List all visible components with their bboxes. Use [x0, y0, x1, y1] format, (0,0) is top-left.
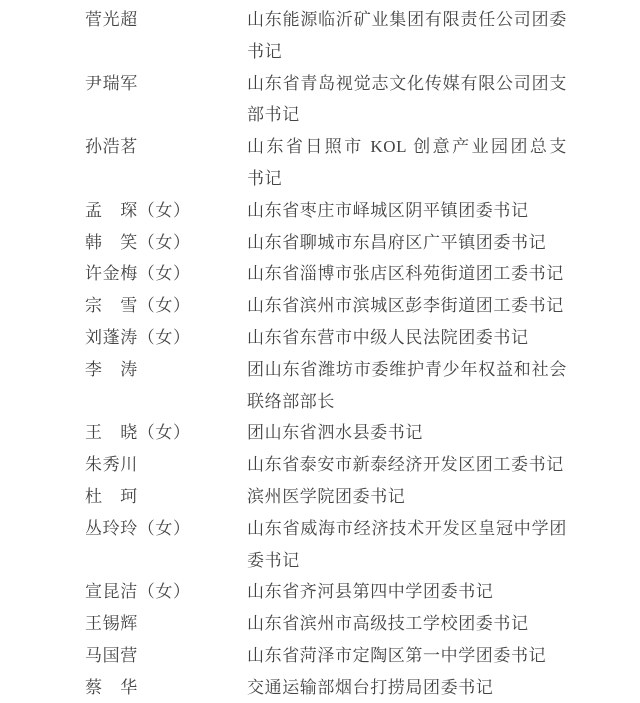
- person-title-line: 山东省青岛视觉志文化传媒有限公司团支: [247, 68, 567, 100]
- person-name: 朱秀川: [85, 449, 247, 481]
- person-title-line: 山东能源临沂矿业集团有限责任公司团委: [247, 4, 567, 36]
- roster-row: 王锡辉 山东省滨州市高级技工学校团委书记: [85, 608, 567, 640]
- person-name: 刘蓬涛（女）: [85, 322, 247, 354]
- roster-row: 许金梅（女） 山东省淄博市张店区科苑街道团工委书记: [85, 258, 567, 290]
- document-page: 菅光超 山东能源临沂矿业集团有限责任公司团委书记 尹瑞军 山东省青岛视觉志文化传…: [0, 0, 640, 703]
- person-title: 山东省威海市经济技术开发区皇冠中学团委书记: [247, 513, 567, 577]
- person-name: 宗 雪（女）: [85, 290, 247, 322]
- person-title-line: 山东省菏泽市定陶区第一中学团委书记: [247, 640, 567, 672]
- person-name: 宣昆洁（女）: [85, 576, 247, 608]
- roster-row: 宗 雪（女） 山东省滨州市滨城区彭李街道团工委书记: [85, 290, 567, 322]
- person-title-line: 山东省东营市中级人民法院团委书记: [247, 322, 567, 354]
- roster-row: 孟 琛（女） 山东省枣庄市峄城区阴平镇团委书记: [85, 195, 567, 227]
- person-title-line: 团山东省泗水县委书记: [247, 417, 567, 449]
- person-title-line: 部书记: [247, 99, 567, 131]
- person-title: 山东省泰安市新泰经济开发区团工委书记: [247, 449, 567, 481]
- person-title: 山东省青岛视觉志文化传媒有限公司团支部书记: [247, 68, 567, 132]
- person-title-line: 山东省威海市经济技术开发区皇冠中学团: [247, 513, 567, 545]
- person-name: 王 晓（女）: [85, 417, 247, 449]
- person-name: 蔡 华: [85, 672, 247, 703]
- person-name: 王锡辉: [85, 608, 247, 640]
- roster-row: 尹瑞军 山东省青岛视觉志文化传媒有限公司团支部书记: [85, 68, 567, 132]
- person-title-line: 团山东省潍坊市委维护青少年权益和社会: [247, 354, 567, 386]
- person-title: 山东省菏泽市定陶区第一中学团委书记: [247, 640, 567, 672]
- person-name: 韩 笑（女）: [85, 227, 247, 259]
- person-title-line: 书记: [247, 36, 567, 68]
- person-name: 李 涛: [85, 354, 247, 386]
- person-title: 团山东省潍坊市委维护青少年权益和社会联络部部长: [247, 354, 567, 418]
- person-name: 丛玲玲（女）: [85, 513, 247, 545]
- person-title: 山东省东营市中级人民法院团委书记: [247, 322, 567, 354]
- person-title-line: 山东省聊城市东昌府区广平镇团委书记: [247, 227, 567, 259]
- person-title: 山东省日照市 KOL 创意产业园团总支书记: [247, 131, 567, 195]
- person-name: 尹瑞军: [85, 68, 247, 100]
- roster-row: 王 晓（女） 团山东省泗水县委书记: [85, 417, 567, 449]
- roster-row: 韩 笑（女） 山东省聊城市东昌府区广平镇团委书记: [85, 227, 567, 259]
- person-title: 山东省滨州市高级技工学校团委书记: [247, 608, 567, 640]
- person-title: 山东省枣庄市峄城区阴平镇团委书记: [247, 195, 567, 227]
- person-name: 孙浩茗: [85, 131, 247, 163]
- roster-row: 李 涛 团山东省潍坊市委维护青少年权益和社会联络部部长: [85, 354, 567, 418]
- person-title-line: 滨州医学院团委书记: [247, 481, 567, 513]
- person-title-line: 联络部部长: [247, 386, 567, 418]
- person-title: 山东省滨州市滨城区彭李街道团工委书记: [247, 290, 567, 322]
- roster-row: 丛玲玲（女） 山东省威海市经济技术开发区皇冠中学团委书记: [85, 513, 567, 577]
- roster-row: 蔡 华 交通运输部烟台打捞局团委书记: [85, 672, 567, 703]
- person-name: 马国营: [85, 640, 247, 672]
- person-title-line: 山东省淄博市张店区科苑街道团工委书记: [247, 258, 567, 290]
- person-title-line: 山东省齐河县第四中学团委书记: [247, 576, 567, 608]
- person-title-line: 山东省滨州市滨城区彭李街道团工委书记: [247, 290, 567, 322]
- roster-row: 马国营 山东省菏泽市定陶区第一中学团委书记: [85, 640, 567, 672]
- roster-row: 宣昆洁（女） 山东省齐河县第四中学团委书记: [85, 576, 567, 608]
- roster-row: 孙浩茗 山东省日照市 KOL 创意产业园团总支书记: [85, 131, 567, 195]
- person-name: 菅光超: [85, 4, 247, 36]
- person-title-line: 书记: [247, 163, 567, 195]
- person-title-line: 山东省泰安市新泰经济开发区团工委书记: [247, 449, 567, 481]
- person-title: 滨州医学院团委书记: [247, 481, 567, 513]
- person-name: 孟 琛（女）: [85, 195, 247, 227]
- person-name: 许金梅（女）: [85, 258, 247, 290]
- person-title-line: 山东省枣庄市峄城区阴平镇团委书记: [247, 195, 567, 227]
- roster-row: 朱秀川 山东省泰安市新泰经济开发区团工委书记: [85, 449, 567, 481]
- person-title-line: 委书记: [247, 545, 567, 577]
- person-title: 山东省齐河县第四中学团委书记: [247, 576, 567, 608]
- roster-row: 杜 珂 滨州医学院团委书记: [85, 481, 567, 513]
- person-title: 团山东省泗水县委书记: [247, 417, 567, 449]
- person-title-line: 山东省日照市 KOL 创意产业园团总支: [247, 131, 567, 163]
- roster-row: 刘蓬涛（女） 山东省东营市中级人民法院团委书记: [85, 322, 567, 354]
- person-title-line: 交通运输部烟台打捞局团委书记: [247, 672, 567, 703]
- person-title-line: 山东省滨州市高级技工学校团委书记: [247, 608, 567, 640]
- person-title: 交通运输部烟台打捞局团委书记: [247, 672, 567, 703]
- roster-row: 菅光超 山东能源临沂矿业集团有限责任公司团委书记: [85, 4, 567, 68]
- person-title: 山东省淄博市张店区科苑街道团工委书记: [247, 258, 567, 290]
- person-name: 杜 珂: [85, 481, 247, 513]
- roster-list: 菅光超 山东能源临沂矿业集团有限责任公司团委书记 尹瑞军 山东省青岛视觉志文化传…: [85, 4, 567, 703]
- person-title: 山东省聊城市东昌府区广平镇团委书记: [247, 227, 567, 259]
- person-title: 山东能源临沂矿业集团有限责任公司团委书记: [247, 4, 567, 68]
